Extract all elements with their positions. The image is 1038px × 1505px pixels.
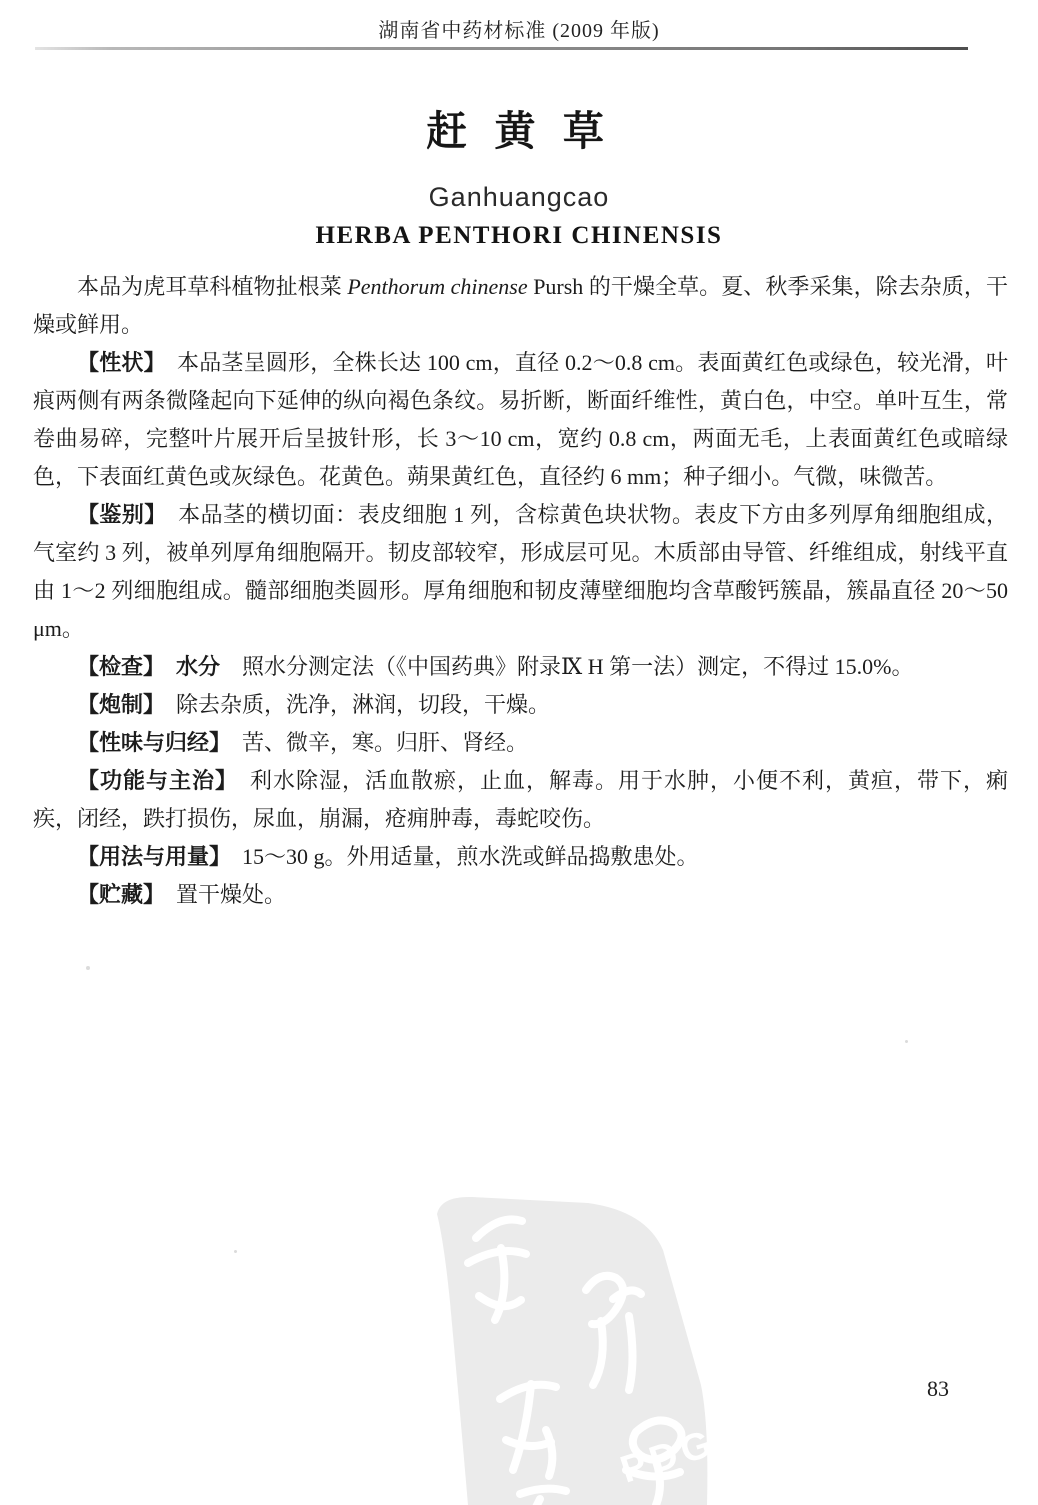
section-inspection: 【检查】 水分 照水分测定法（《中国药典》附录Ⅸ H 第一法）测定，不得过 15… [33, 648, 1008, 686]
section-storage: 【贮藏】 置干燥处。 [33, 876, 1008, 914]
seal-watermark-blob [437, 1197, 707, 1505]
intro-paragraph: 本品为虎耳草科植物扯根菜 Penthorum chinense Pursh 的干… [33, 268, 1008, 344]
section-text: 照水分测定法（《中国药典》附录Ⅸ H 第一法）测定，不得过 15.0%。 [220, 654, 913, 679]
intro-latin-binomial: Penthorum chinense [347, 274, 527, 299]
header-rule [35, 47, 968, 50]
watermark-pdg-text: PDG [616, 1422, 722, 1492]
section-property-meridian: 【性味与归经】 苦、微辛，寒。归肝、肾经。 [33, 724, 1008, 762]
section-label: 【炮制】 [77, 692, 154, 717]
section-text: 置干燥处。 [154, 882, 286, 907]
section-dosage: 【用法与用量】 15～30 g。外用适量，煎水洗或鲜品捣敷患处。 [33, 838, 1008, 876]
monograph-title-cn: 赶 黄 草 [0, 98, 1038, 157]
section-identification: 【鉴别】 本品茎的横切面：表皮细胞 1 列，含棕黄色块状物。表皮下方由多列厚角细… [33, 496, 1008, 648]
seal-glyphs [468, 1219, 682, 1505]
monograph-pinyin: Ganhuangcao [0, 182, 1038, 213]
running-header: 湖南省中药材标准 (2009 年版) [0, 14, 1038, 43]
scan-artifact [905, 1040, 908, 1043]
section-text: 本品茎的横切面：表皮细胞 1 列，含棕黄色块状物。表皮下方由多列厚角细胞组成，气… [33, 502, 1008, 641]
section-characteristics: 【性状】 本品茎呈圆形，全株长达 100 cm，直径 0.2～0.8 cm。表面… [33, 344, 1008, 496]
monograph-body: 本品为虎耳草科植物扯根菜 Penthorum chinense Pursh 的干… [33, 268, 1008, 914]
page-number: 83 [908, 1376, 968, 1402]
section-text: 15～30 g。外用适量，煎水洗或鲜品捣敷患处。 [220, 844, 699, 869]
section-label: 【性状】 [77, 350, 155, 375]
section-function-indication: 【功能与主治】 利水除湿，活血散瘀，止血，解毒。用于水肿，小便不利，黄疸，带下，… [33, 762, 1008, 838]
intro-text-1: 本品为虎耳草科植物扯根菜 [77, 274, 347, 299]
section-processing: 【炮制】 除去杂质，洗净，淋润，切段，干燥。 [33, 686, 1008, 724]
scan-artifact [86, 966, 90, 970]
section-text: 苦、微辛，寒。归肝、肾经。 [220, 730, 528, 755]
section-label: 【性味与归经】 [77, 730, 220, 755]
section-text: 本品茎呈圆形，全株长达 100 cm，直径 0.2～0.8 cm。表面黄红色或绿… [33, 350, 1008, 489]
section-text: 除去杂质，洗净，淋润，切段，干燥。 [154, 692, 550, 717]
section-label: 【鉴别】 [77, 502, 156, 527]
section-label: 【功能与主治】 [77, 768, 227, 793]
scan-artifact [234, 1250, 237, 1253]
monograph-latin-name: HERBA PENTHORI CHINENSIS [0, 222, 1038, 250]
section-label: 【用法与用量】 [77, 844, 220, 869]
section-label: 【检查】 [77, 654, 154, 679]
section-label: 【贮藏】 [77, 882, 154, 907]
document-page: 湖南省中药材标准 (2009 年版) 赶 黄 草 Ganhuangcao HER… [0, 0, 1038, 1505]
running-header-title: 湖南省中药材标准 (2009 年版) [378, 20, 659, 42]
section-subhead: 水分 [154, 654, 220, 679]
